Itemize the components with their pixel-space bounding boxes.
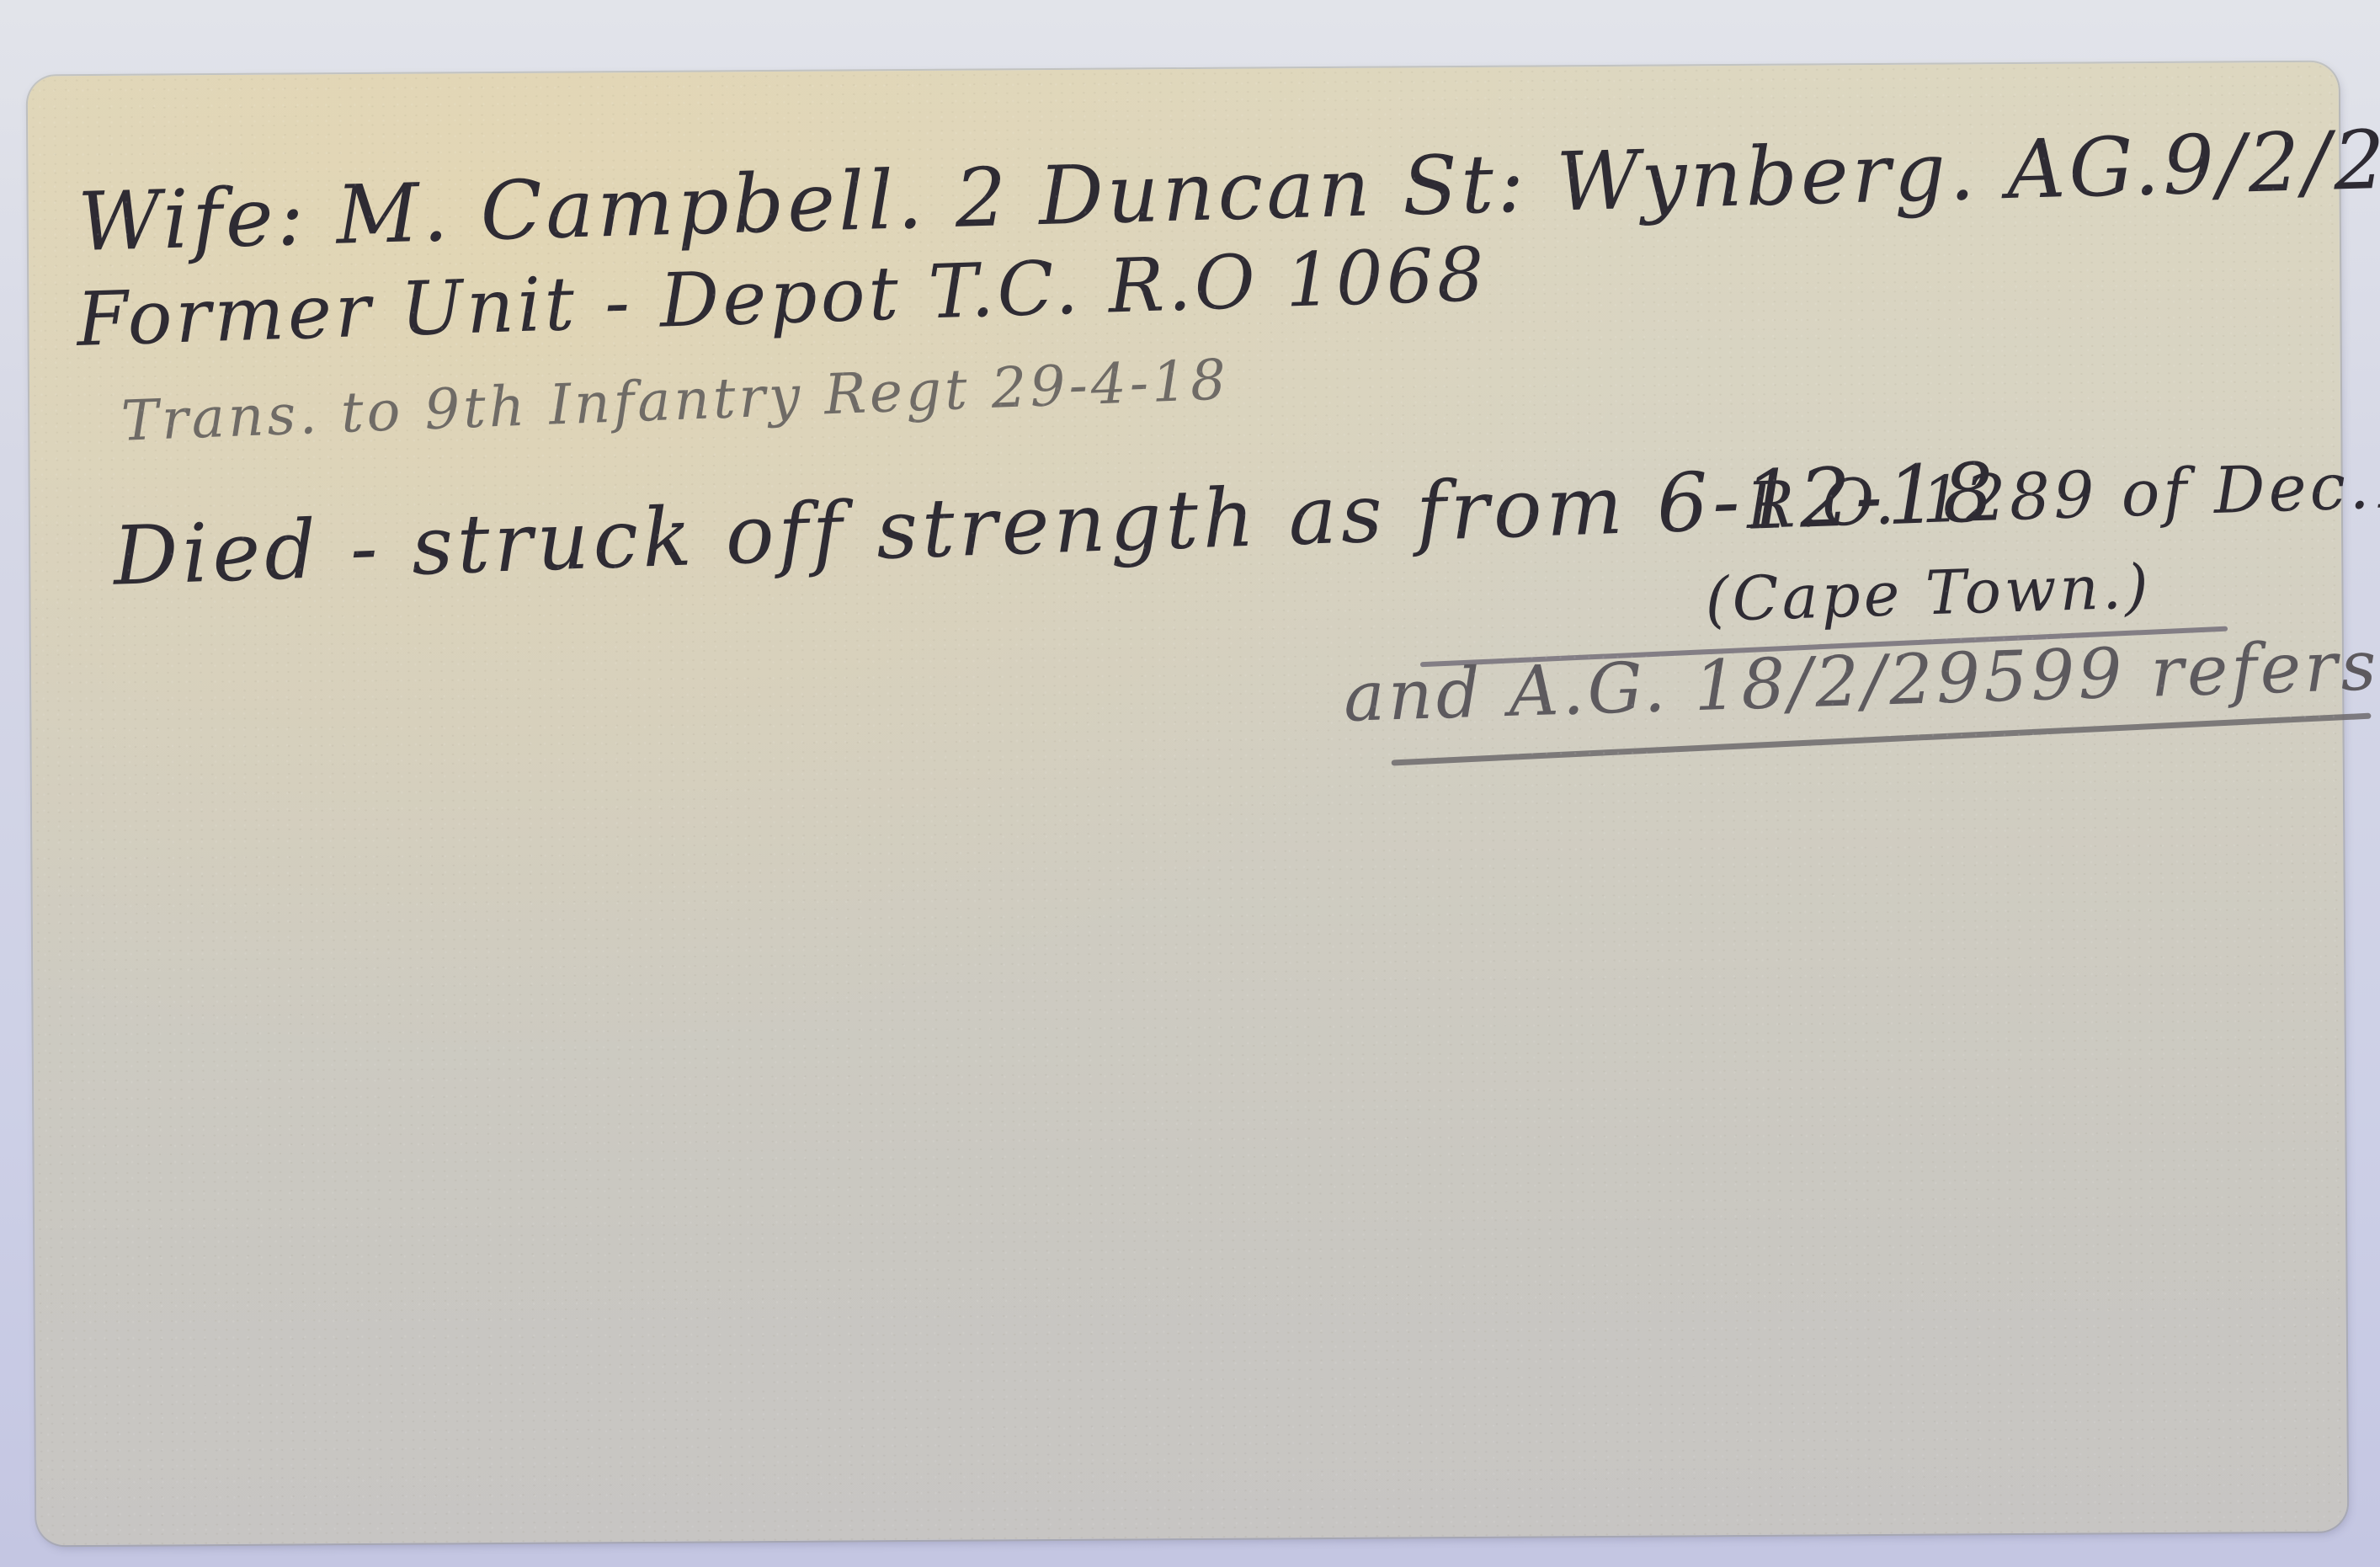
transfer-line: Trans. to 9th Infantry Regt 29-4-18 [120,347,1231,453]
place-annotation: (Cape Town.) [1704,551,2153,635]
record-card: Wife: M. Campbell. 2 Duncan St: Wynberg.… [28,62,2348,1546]
